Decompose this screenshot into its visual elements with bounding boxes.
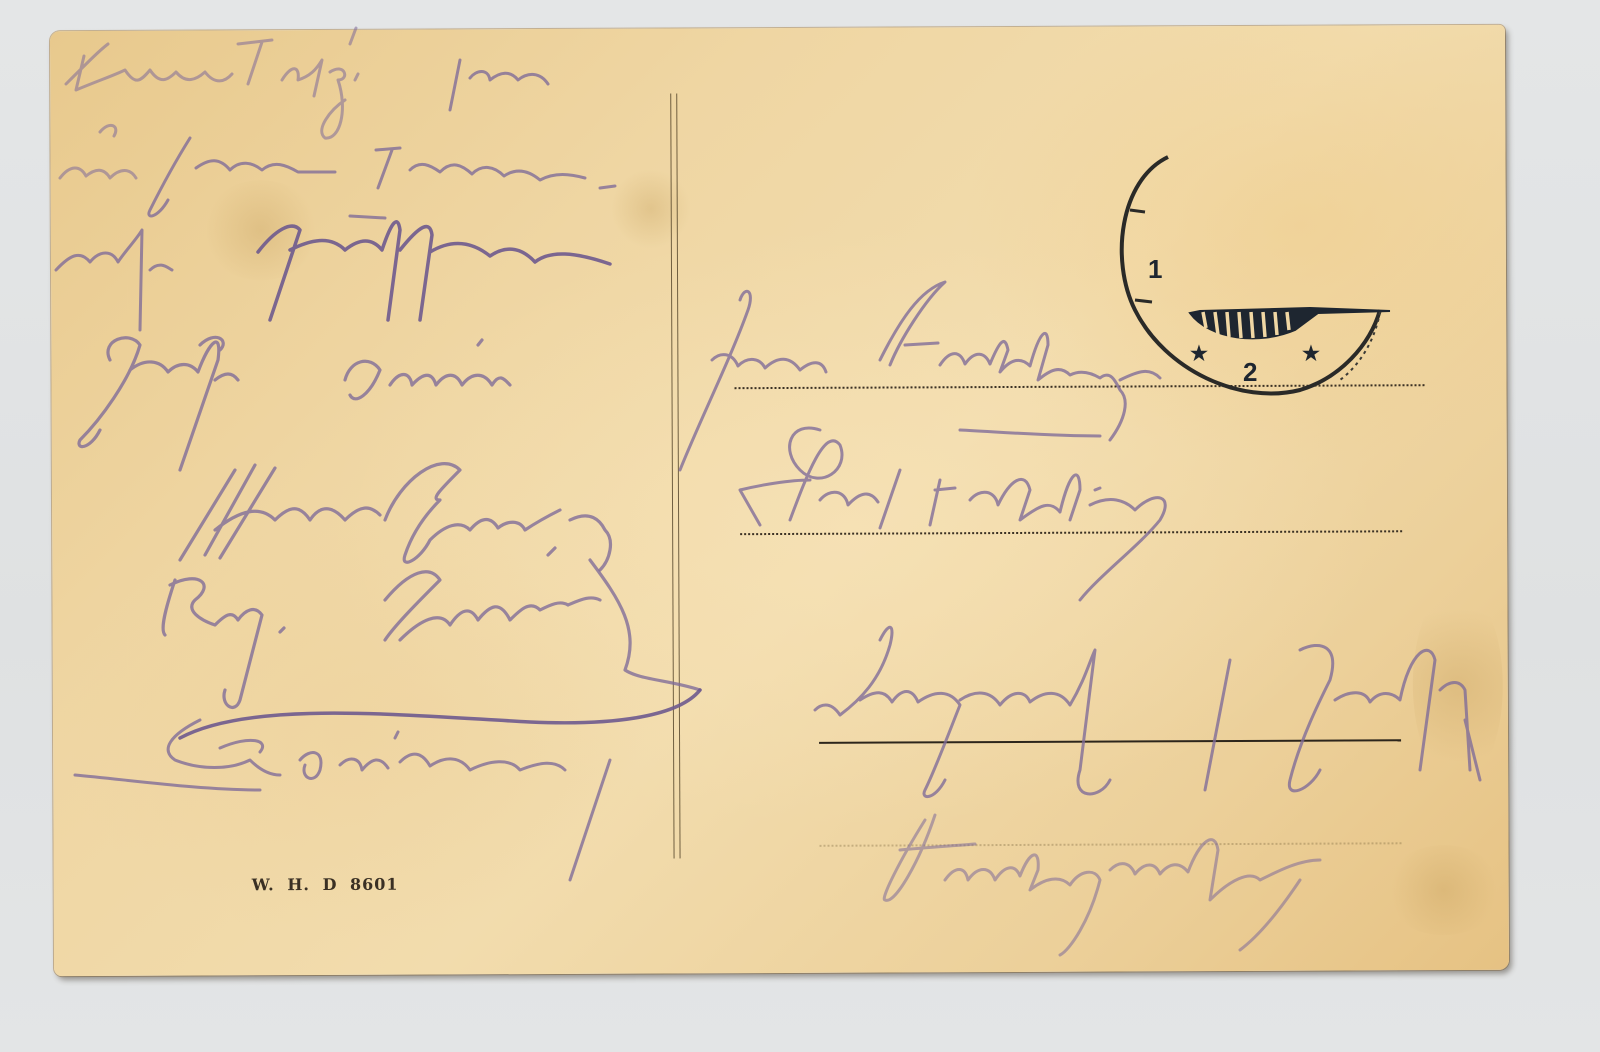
age-stain (201, 180, 321, 281)
postcard-back: W. H. D 8601 Lieber Fabig! Von unserer F… (50, 25, 1509, 976)
age-stain (611, 168, 691, 248)
address-line-text: Herrn Amtsrichter (50, 31, 51, 32)
message-transcript: Lieber Fabig! Von unserer Frei- wache Sc… (50, 31, 51, 32)
age-stain (1412, 585, 1503, 785)
address-line-1 (735, 384, 1425, 389)
age-stain (1384, 845, 1504, 936)
address-line-2 (740, 530, 1402, 535)
address-line-3 (819, 739, 1401, 744)
message-line: Lieber Fabig! Von (50, 31, 51, 32)
printer-mark: W. H. D 8601 (252, 875, 399, 895)
address-transcript: Herrn Amtsrichter Paul Fabig Liegnitz / … (50, 31, 51, 32)
address-line-4 (820, 842, 1402, 847)
